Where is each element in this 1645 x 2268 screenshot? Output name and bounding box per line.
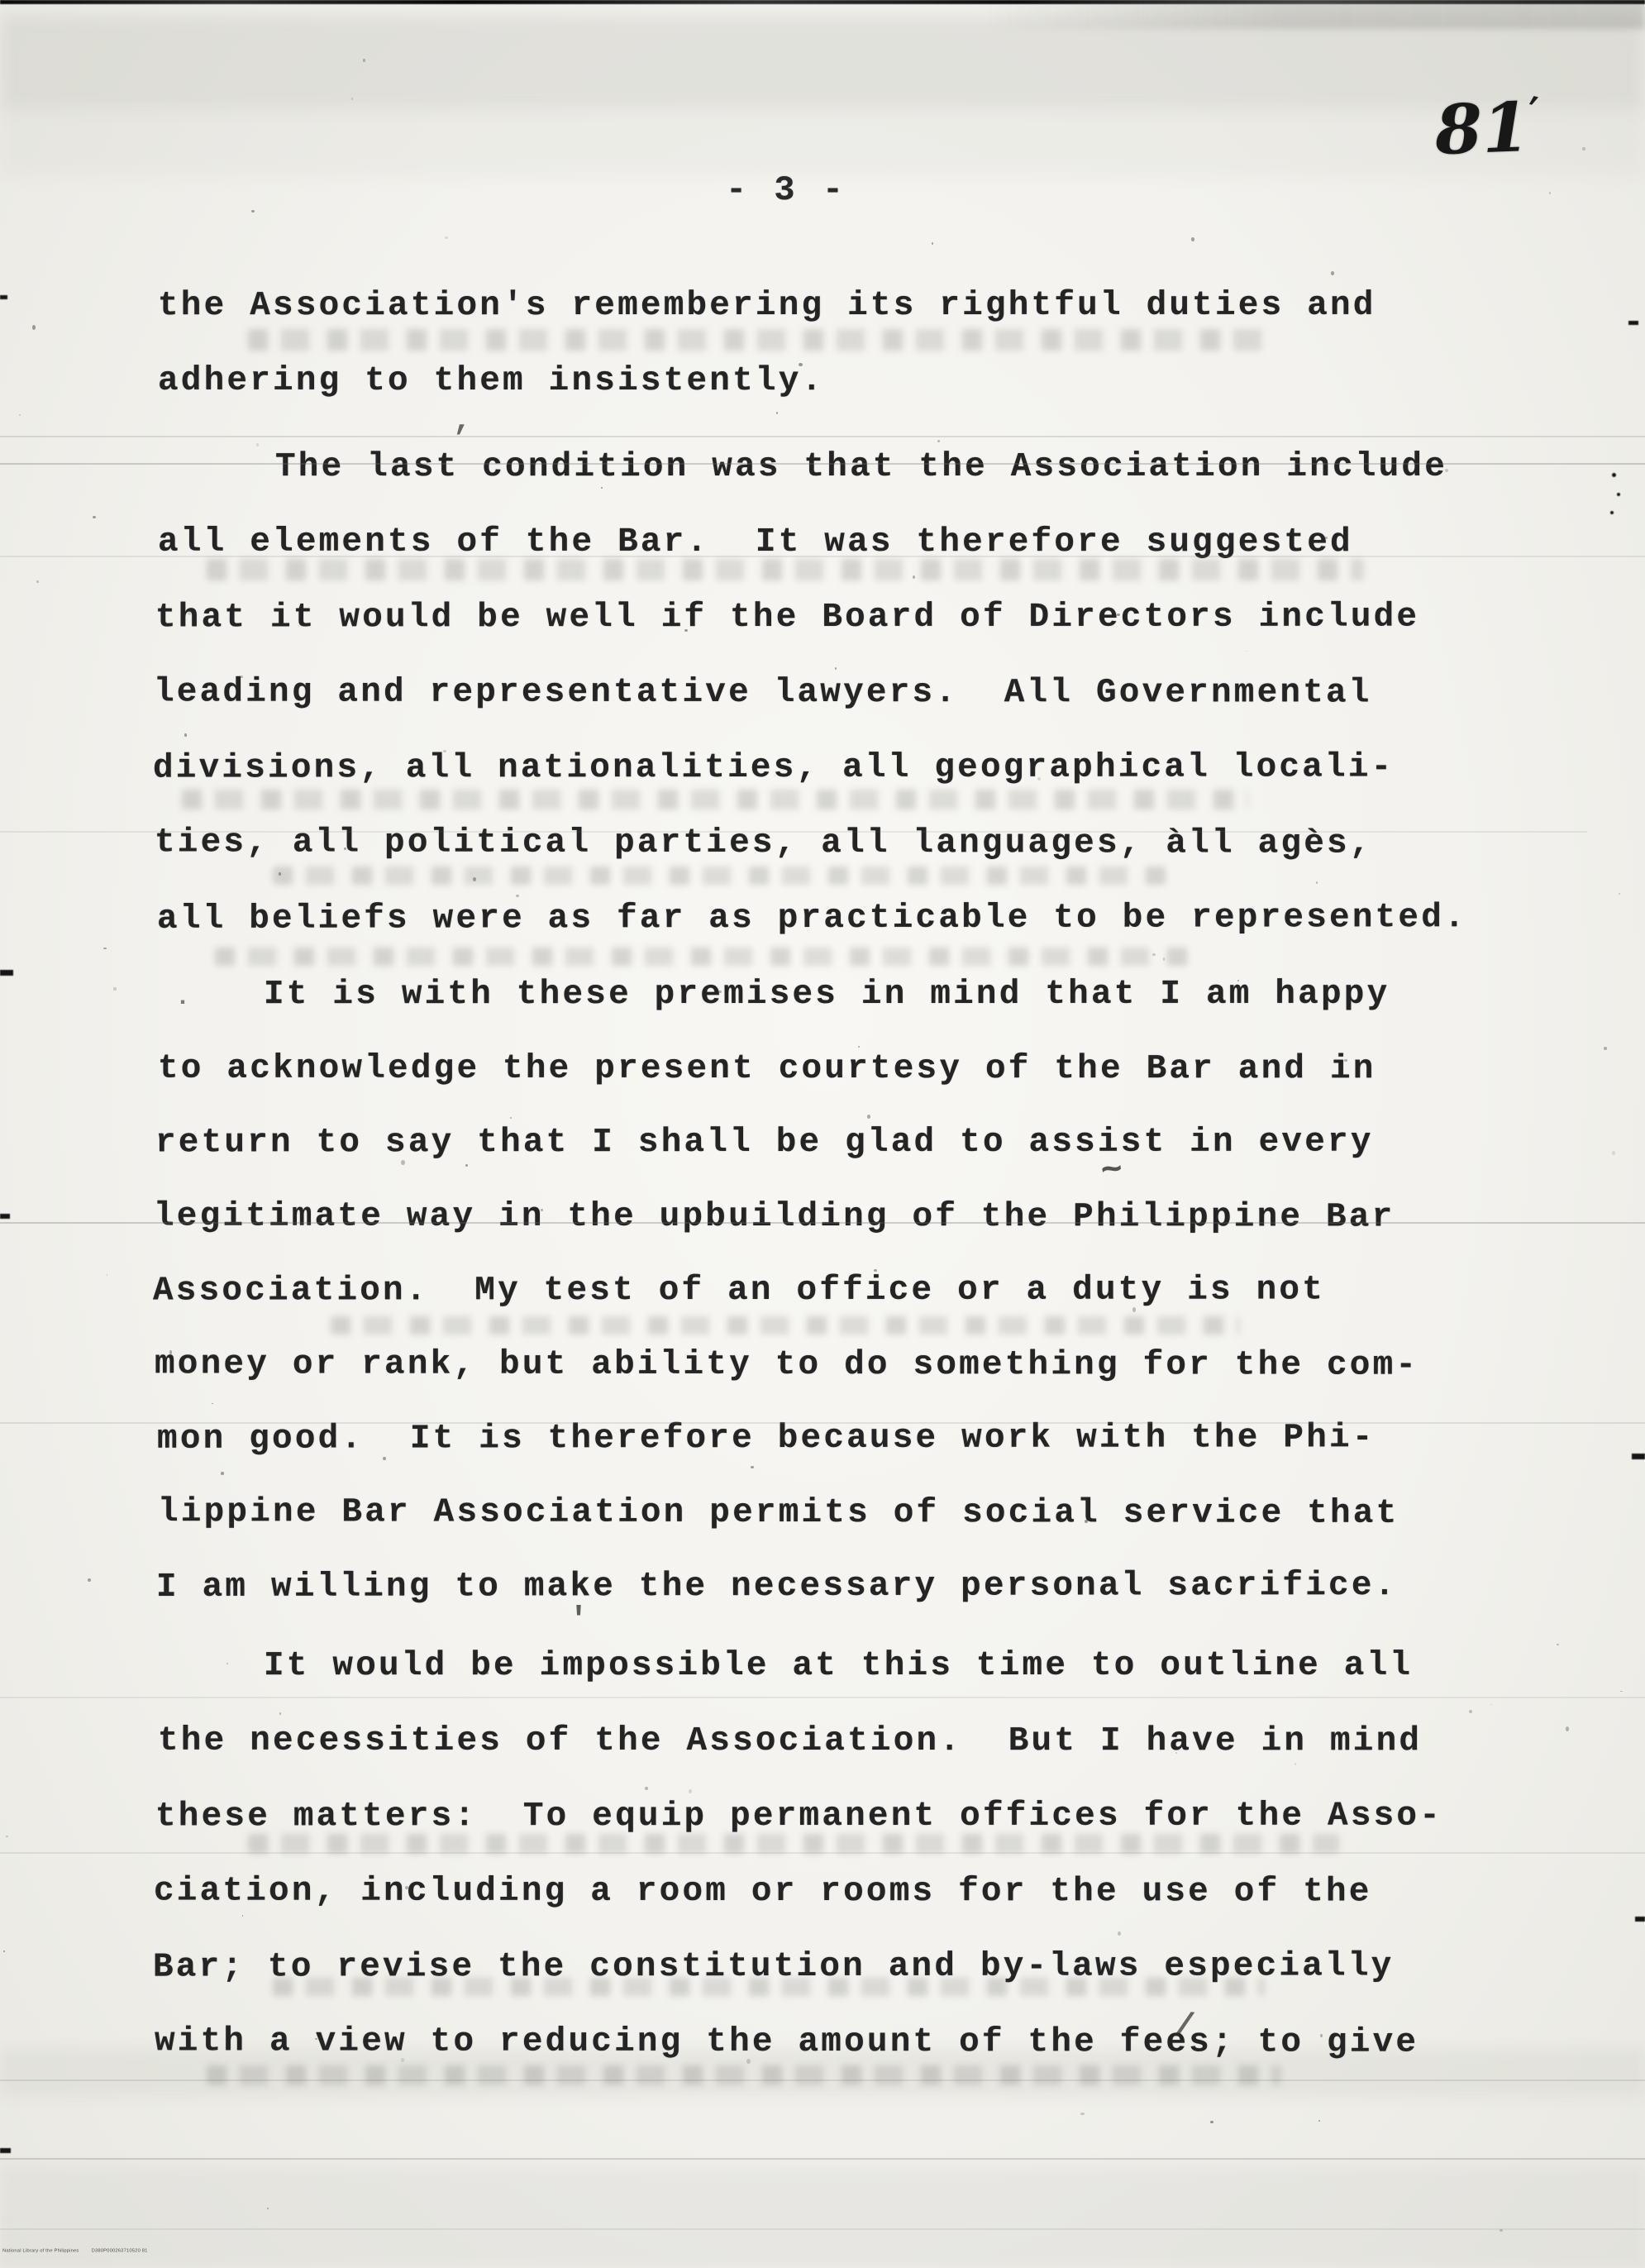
paper-speck [473,877,476,881]
stray-slash-mark: / [1172,2007,1197,2048]
bleedthrough-band [207,2065,1281,2085]
library-microprint: National Library of the Philippines [2,2248,79,2253]
paper-speck [267,2208,269,2209]
paper-speck [242,1915,244,1916]
paper-speck [279,872,282,876]
paper-speck [279,1712,281,1715]
scan-line [0,436,1645,437]
scan-wash [0,2166,1645,2268]
paper-speck [689,1789,693,1793]
bleedthrough-band [207,559,1364,580]
paper-speck [516,895,520,897]
scan-wash [0,0,1645,29]
text-line: the necessities of the Association. But … [158,1722,1422,1761]
paper-speck [835,667,837,670]
text-line: to acknowledge the present courtesy of t… [158,1049,1376,1088]
paper-speck [1582,147,1585,150]
paper-speck [913,575,915,579]
scan-line [0,2228,1645,2230]
paper-speck [1080,2113,1085,2116]
handwritten-folio-number: 81 [1433,88,1530,170]
text-line: all elements of the Bar. It was therefor… [158,523,1353,562]
edge-mark [1617,493,1620,496]
paper-speck [1152,953,1156,957]
edge-mark [1632,1454,1645,1459]
paper-speck [510,1117,512,1119]
text-line: Association. My test of an office or a d… [153,1271,1325,1310]
paper-speck [1469,1710,1473,1713]
paper-speck [1490,1704,1492,1706]
text-line: divisions, all nationalities, all geogra… [153,748,1394,787]
paper-speck [1612,1151,1615,1154]
bleedthrough-band [182,790,1248,809]
bleedthrough-band [331,1316,1240,1335]
paper-speck [1604,1047,1606,1050]
paper-speck [1566,1726,1569,1731]
paper-speck [212,1403,213,1404]
text-line: legitimate way in the upbuilding of the … [154,1197,1395,1236]
paper-speck [221,1472,224,1474]
scan-line [0,2079,1645,2081]
paper-speck [19,414,21,417]
text-line: return to say that I shall be glad to as… [155,1124,1374,1163]
text-line: leading and representative lawyers. All … [154,674,1372,713]
scan-line [0,1852,1645,1854]
text-line: I am willing to make the necessary perso… [156,1567,1397,1607]
edge-mark [0,295,7,299]
paper-speck [1318,2120,1321,2122]
paper-speck [1295,1763,1296,1765]
paper-speck [1210,2121,1213,2123]
paper-speck [103,948,107,949]
paper-speck [751,1466,754,1468]
edge-mark [1628,321,1638,325]
text-line: these matters: To equip permanent office… [155,1798,1442,1836]
edge-mark [1612,473,1616,477]
text-line: The last condition was that the Associat… [275,448,1447,486]
paper-speck [1118,1931,1122,1936]
paper-speck [867,1115,871,1119]
paper-speck [3,1950,5,1952]
scan-line [0,2158,1645,2160]
text-line: Bar; to revise the constitution and by-l… [153,1947,1394,1986]
paper-speck [445,236,448,239]
edge-mark [0,2148,11,2153]
paper-speck [1619,893,1620,895]
bleedthrough-band [273,867,1166,885]
paper-speck [184,733,187,737]
paper-speck [93,516,97,519]
paper-speck [1246,651,1247,652]
paper-speck [601,487,603,489]
text-line: with a view to reducing the amount of th… [155,2022,1419,2061]
paper-speck [932,242,933,244]
scan-wash [0,15,1645,110]
text-line: ciation, including a room or rooms for t… [154,1873,1372,1912]
edge-mark [1610,511,1614,514]
paper-speck [1500,2229,1503,2232]
scan-top-edge [0,0,1645,4]
text-line: money or rank, but ability to do somethi… [155,1345,1419,1384]
scan-line [0,1697,1645,1698]
stray-comma-mark: , [453,403,472,439]
paper-speck [1163,957,1166,961]
paper-speck [1549,192,1552,193]
text-line: mon good. It is therefore because work w… [157,1419,1376,1459]
footer-microprint: National Library of the PhilippinesD380P… [2,2248,148,2253]
text-line: It is with these premises in mind that I… [264,976,1390,1014]
text-line: It would be impossible at this time to o… [264,1647,1413,1685]
paper-speck [1191,237,1195,241]
paper-speck [113,987,117,990]
text-line: that it would be well if the Board of Di… [155,599,1419,637]
text-line: ties, all political parties, all languag… [155,824,1373,862]
text-line: lippine Bar Association permits of socia… [158,1493,1399,1533]
text-line: adhering to them insistently. [158,362,824,400]
bleedthrough-band [248,329,1273,351]
stray-tick-mark: ' [569,1602,589,1640]
paper-speck [1620,1691,1622,1693]
paper-speck [776,412,778,414]
paper-speck [226,1663,228,1664]
paper-speck [107,1274,108,1275]
paper-speck [36,580,38,583]
stray-dot-mark: · [175,989,190,1017]
paper-speck [88,1578,91,1582]
paper-speck [351,98,353,100]
paper-speck [6,1836,8,1837]
paper-speck [363,59,365,62]
text-line: the Association's remembering its rightf… [158,287,1376,325]
bleedthrough-band [215,948,1190,966]
paper-speck [1331,271,1334,275]
paper-speck [256,443,259,446]
edge-mark [0,1214,10,1219]
paper-speck [1316,881,1318,884]
paper-speck [251,210,255,212]
scan-wash [0,110,1645,176]
paper-speck [1557,1644,1559,1645]
bleedthrough-band [248,1834,1339,1854]
text-line: all beliefs were as far as practicable t… [157,899,1467,938]
document-page: 81 ’ - 3 - the Association's remembering… [0,0,1645,2268]
paper-speck [465,1164,467,1166]
typed-page-number: - 3 - [726,170,846,210]
edge-mark [1635,1917,1645,1922]
paper-speck [858,1046,860,1048]
paper-speck [937,440,939,442]
paper-speck [645,1787,648,1790]
paper-speck [32,325,36,330]
edge-mark [0,970,13,976]
reference-code-microprint: D380P000263710520 81 [92,2248,148,2253]
